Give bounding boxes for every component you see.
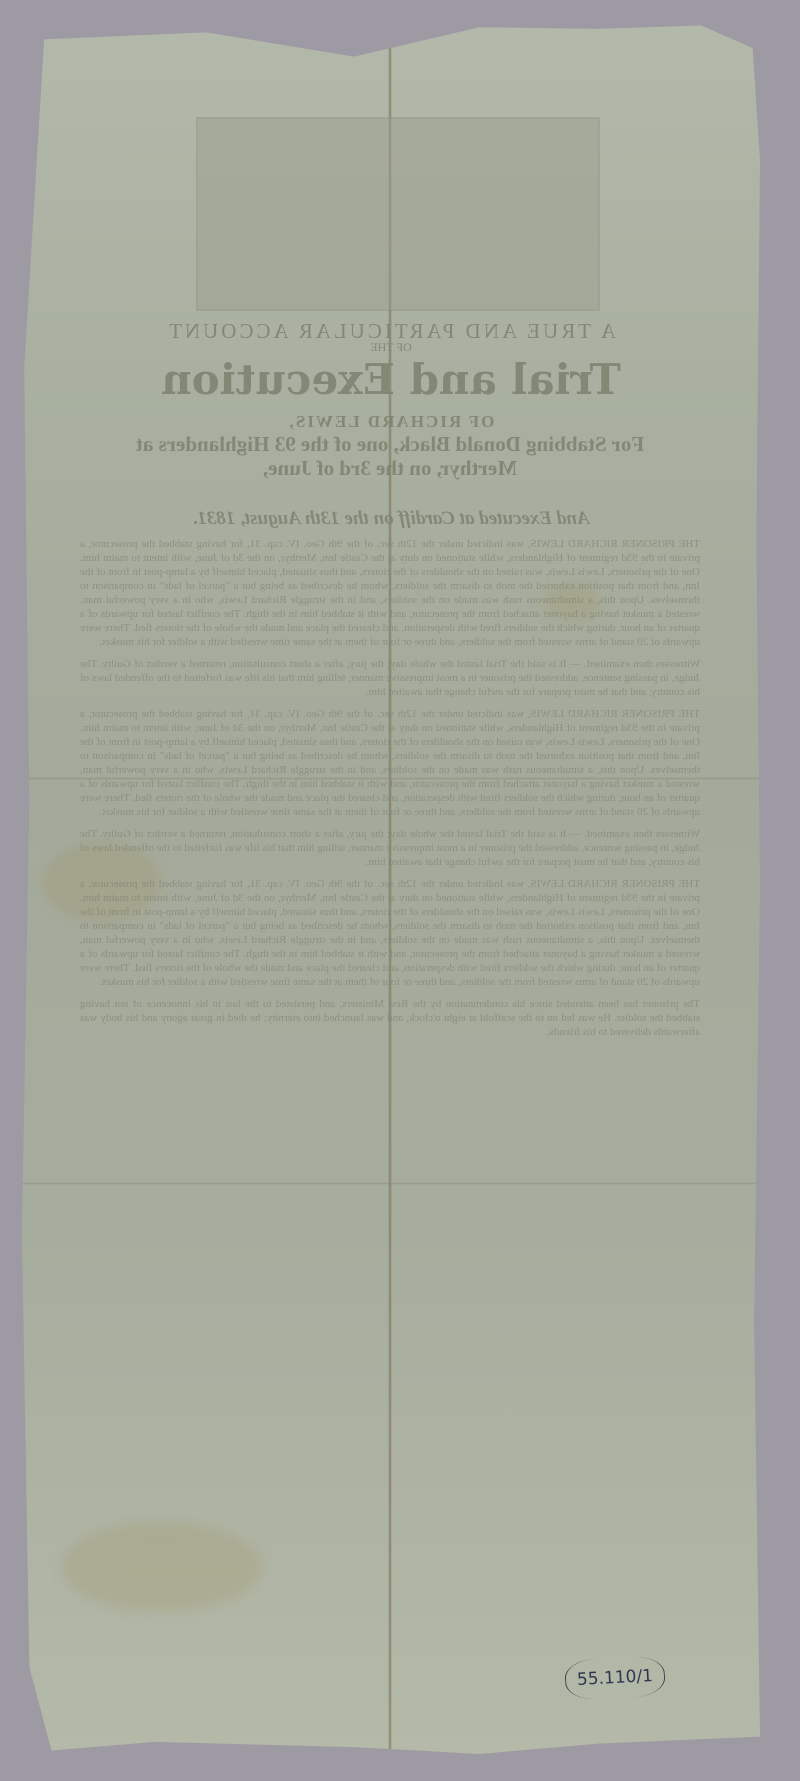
paragraph-opening-repeat-2: THE PRISONER RICHARD LEWIS, was indicted…: [80, 877, 700, 989]
bleed-through-print: A TRUE AND PARTICULAR ACCOUNT OF THE Tri…: [22, 22, 760, 1754]
paragraph-continued-repeat: Witnesses then examined. — It is said th…: [80, 827, 700, 869]
heading-execution-date: And Executed at Cardiff on the 13th Augu…: [22, 508, 760, 530]
body-text: THE PRISONER RICHARD LEWIS, was indicted…: [80, 537, 700, 1717]
paragraph-closing: The prisoner has been attended since his…: [80, 997, 700, 1039]
heading-prisoner-name: OF RICHARD LEWIS,: [22, 412, 760, 432]
paragraph-opening: THE PRISONER RICHARD LEWIS, was indicted…: [80, 537, 700, 649]
heading-trial-execution: Trial and Execution: [22, 355, 760, 404]
accession-number-annotation: 55.110/1: [564, 1655, 666, 1700]
woodcut-illustration: [196, 117, 600, 311]
heading-charge: For Stabbing Donald Black, one of the 93…: [110, 432, 670, 480]
paragraph-continued: Witnesses then examined. — It is said th…: [80, 657, 700, 699]
heading-of-the: OF THE: [22, 340, 760, 355]
broadside-sheet: A TRUE AND PARTICULAR ACCOUNT OF THE Tri…: [22, 22, 760, 1754]
paragraph-opening-repeat: THE PRISONER RICHARD LEWIS, was indicted…: [80, 707, 700, 819]
